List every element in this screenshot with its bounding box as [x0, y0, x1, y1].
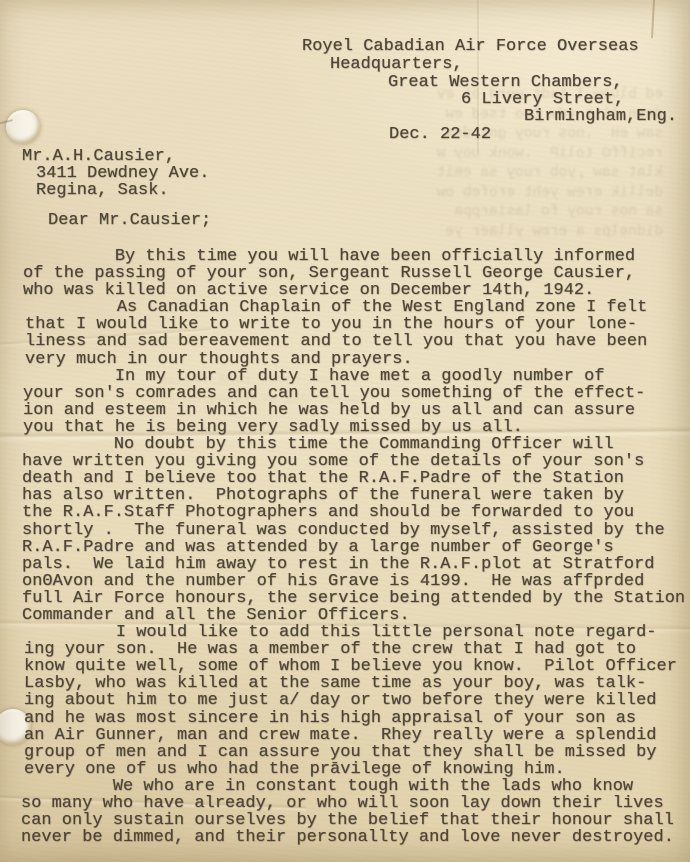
letterhead-line-5: Birmingham,Eng.: [524, 108, 677, 126]
salutation: Dear Mr.Causier;: [48, 211, 211, 230]
paragraph-1: By this time you will have been official…: [23, 248, 687, 299]
letterhead-line-1: Royel Cabadian Air Force Overseas: [302, 38, 639, 56]
paragraph-5: I would like to add this little personal…: [24, 624, 687, 778]
paragraph-3: In my tour of duty I have met a goodly n…: [23, 368, 687, 436]
paragraph-6: We who are in constant tough with the la…: [21, 778, 687, 846]
letter-date: Dec. 22-42: [389, 126, 491, 144]
letter-page: ed bluow I tadt word ot ev deen llit ydw…: [0, 0, 690, 862]
letter-body: By this time you will have been official…: [23, 248, 687, 846]
paragraph-4: No doubt by this time the Commanding Off…: [22, 436, 687, 624]
paragraph-2: As Canadian Chaplain of the West England…: [25, 299, 687, 367]
letterhead: Royel Cabadian Air Force Overseas Headqu…: [0, 0, 690, 144]
recipient-city: Regina, Sask.: [36, 181, 169, 200]
letterhead-line-2: Headquarters,: [330, 56, 463, 74]
